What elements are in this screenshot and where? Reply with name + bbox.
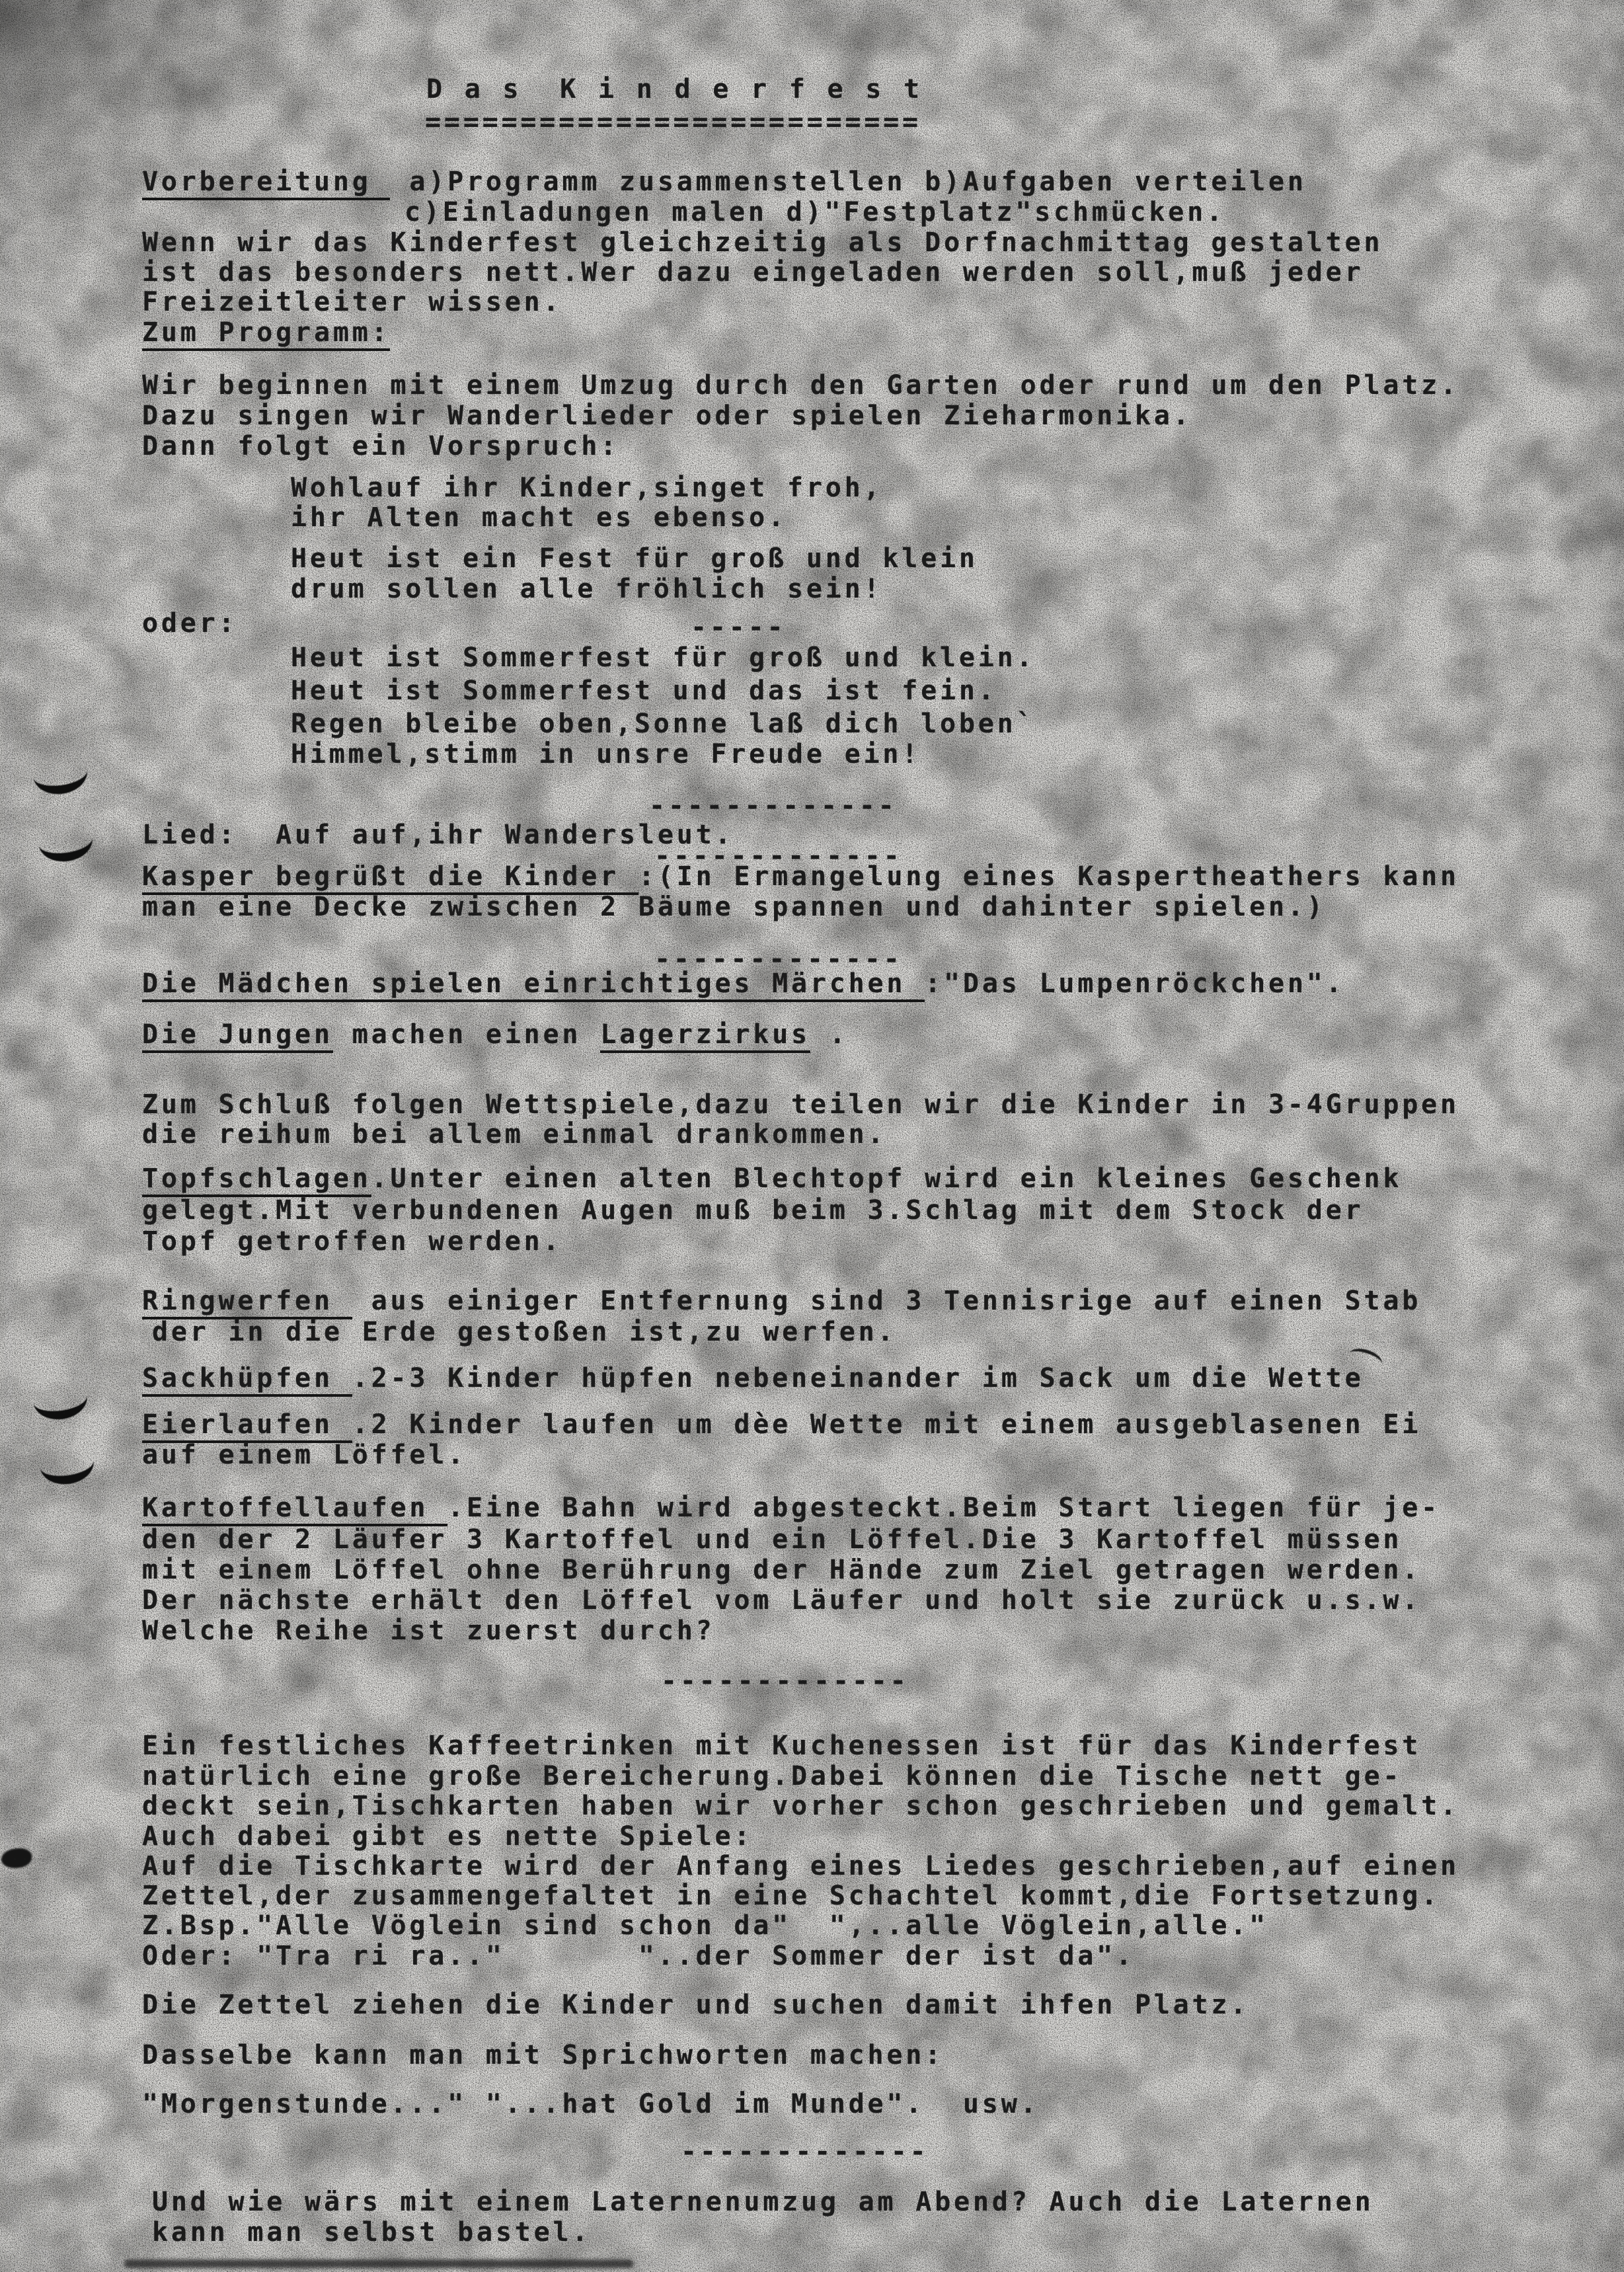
- punch-hole-mark: [36, 818, 95, 865]
- line-text: Zettel,der zusammengefaltet in eine Scha…: [142, 1881, 1440, 1911]
- line-text: -------------: [661, 1666, 909, 1696]
- line-text: den der 2 Läufer 3 Kartoffel und ein Löf…: [142, 1524, 1402, 1555]
- text-line: Der nächste erhält den Löffel vom Läufer…: [142, 1585, 1421, 1616]
- line-text: gelegt.Mit verbundenen Augen muß beim 3.…: [142, 1195, 1364, 1226]
- text-line: Dann folgt ein Vorspruch:: [142, 431, 619, 462]
- text-line: Ein festliches Kaffeetrinken mit Kuchene…: [142, 1731, 1421, 1762]
- text-line: Dasselbe kann man mit Sprichworten mache…: [142, 2040, 944, 2071]
- line-text: kann man selbst bastel.: [152, 2217, 591, 2248]
- punch-hole-mark: [30, 1376, 90, 1423]
- separator-line: -------------: [649, 791, 897, 822]
- text-line: Welche Reihe ist zuerst durch?: [142, 1616, 715, 1647]
- punch-hole-mark: [30, 750, 90, 798]
- text-line: Auch dabei gibt es nette Spiele:: [142, 1821, 753, 1852]
- text-line: Oder: "Tra ri ra.." "..der Sommer der is…: [142, 1941, 1135, 1972]
- text-line: Ringwerfen aus einiger Entfernung sind 3…: [142, 1286, 1421, 1317]
- line-text: Wohlauf ihr Kinder,singet froh,: [291, 473, 882, 503]
- line-text: man eine Decke zwischen 2 Bäume spannen …: [142, 892, 1326, 922]
- line-text: Heut ist Sommerfest für groß und klein.: [291, 643, 1035, 673]
- line-text: Heut ist Sommerfest und das ist fein.: [291, 676, 997, 706]
- underlined-heading: Ringwerfen: [142, 1286, 352, 1319]
- verse-line: Heut ist Sommerfest für groß und klein.: [291, 643, 1035, 674]
- underlined-heading: Zum Programm:: [142, 317, 390, 351]
- line-text: drum sollen alle fröhlich sein!: [291, 574, 882, 604]
- underlined-heading: Lagerzirkus: [600, 1019, 810, 1053]
- line-text: D a s K i n d e r f e s t: [426, 74, 923, 104]
- text-line: Eierlaufen .2 Kinder laufen um dèe Wette…: [142, 1409, 1421, 1440]
- line-text: a)Programm zusammenstellen b)Aufgaben ve…: [390, 167, 1306, 197]
- text-line: Die Zettel ziehen die Kinder und suchen …: [142, 1990, 1249, 2021]
- line-text: machen einen: [333, 1019, 600, 1050]
- text-line: Topfschlagen.Unter einen alten Blechtopf…: [142, 1163, 1402, 1195]
- underlined-heading: Vorbereitung: [142, 167, 390, 200]
- text-line: der in die Erde gestoßen ist,zu werfen.: [152, 1317, 896, 1348]
- line-text: Regen bleibe oben,Sonne laß dich loben`: [291, 709, 1035, 739]
- line-text: Topf getroffen werden.: [142, 1226, 562, 1257]
- text-line: mit einem Löffel ohne Berührung der Händ…: [142, 1555, 1421, 1586]
- scan-bottom-streak: [124, 2259, 633, 2268]
- text-line: Zum Schluß folgen Wettspiele,dazu teilen…: [142, 1089, 1459, 1120]
- verse-line: Heut ist ein Fest für groß und klein: [291, 543, 978, 574]
- text-line: ist das besonders nett.Wer dazu eingelad…: [142, 257, 1364, 288]
- line-text: "Morgenstunde..." "...hat Gold im Munde"…: [142, 2089, 1039, 2119]
- text-line: Lied: Auf auf,ihr Wandersleut.: [142, 820, 734, 851]
- line-text: aus einiger Entfernung sind 3 Tennisrige…: [352, 1286, 1421, 1316]
- text-line: "Morgenstunde..." "...hat Gold im Munde"…: [142, 2089, 1039, 2120]
- text-line: Wir beginnen mit einem Umzug durch den G…: [142, 370, 1459, 401]
- line-text: Wir beginnen mit einem Umzug durch den G…: [142, 370, 1459, 401]
- line-text: Z.Bsp."Alle Vöglein sind schon da" ",..a…: [142, 1910, 1268, 1941]
- text-line: man eine Decke zwischen 2 Bäume spannen …: [142, 892, 1326, 923]
- document-title: D a s K i n d e r f e s t: [426, 74, 923, 105]
- text-line: Wenn wir das Kinderfest gleichzeitig als…: [142, 227, 1383, 258]
- underlined-heading: Sackhüpfen: [142, 1363, 352, 1397]
- text-line: kann man selbst bastel.: [152, 2217, 591, 2248]
- verse-line: Himmel,stimm in unsre Freude ein!: [291, 739, 921, 770]
- text-line: c)Einladungen malen d)"Festplatz"schmück…: [405, 197, 1225, 228]
- line-text: Dann folgt ein Vorspruch:: [142, 431, 619, 461]
- line-text: .: [810, 1019, 849, 1050]
- line-text: Oder: "Tra ri ra.." "..der Sommer der is…: [142, 1941, 1135, 1971]
- text-line: Auf die Tischkarte wird der Anfang eines…: [142, 1851, 1459, 1882]
- line-text: mit einem Löffel ohne Berührung der Händ…: [142, 1555, 1421, 1585]
- line-text: Und wie wärs mit einem Laternenumzug am …: [152, 2187, 1373, 2217]
- line-text: die reihum bei allem einmal drankommen.: [142, 1119, 886, 1150]
- verse-line: drum sollen alle fröhlich sein!: [291, 574, 882, 605]
- line-text: Welche Reihe ist zuerst durch?: [142, 1616, 715, 1646]
- text-line: Kasper begrüßt die Kinder :(In Ermangelu…: [142, 861, 1459, 892]
- text-line: Zettel,der zusammengefaltet in eine Scha…: [142, 1881, 1440, 1912]
- text-line: Sackhüpfen .2-3 Kinder hüpfen nebeneinan…: [142, 1363, 1364, 1394]
- line-text: ihr Alten macht es ebenso.: [291, 502, 787, 533]
- text-line: Freizeitleiter wissen.: [142, 287, 562, 318]
- line-text: Der nächste erhält den Löffel vom Läufer…: [142, 1585, 1421, 1616]
- line-text: Wenn wir das Kinderfest gleichzeitig als…: [142, 227, 1383, 258]
- underlined-heading: Kartoffellaufen: [142, 1493, 447, 1526]
- line-text: Die Zettel ziehen die Kinder und suchen …: [142, 1990, 1249, 2020]
- line-text: -----: [691, 612, 786, 643]
- underlined-heading: Die Mädchen spielen einrichtiges Märchen: [142, 968, 925, 1002]
- section-heading: Zum Programm:: [142, 317, 390, 348]
- text-line: Dazu singen wir Wanderlieder oder spiele…: [142, 401, 1192, 432]
- text-line: oder:: [142, 608, 237, 639]
- text-line: gelegt.Mit verbundenen Augen muß beim 3.…: [142, 1195, 1364, 1226]
- line-text: Dasselbe kann man mit Sprichworten mache…: [142, 2040, 944, 2070]
- line-text: .2-3 Kinder hüpfen nebeneinander im Sack…: [352, 1363, 1364, 1393]
- underlined-heading: Eierlaufen: [142, 1409, 352, 1443]
- line-text: c)Einladungen malen d)"Festplatz"schmück…: [405, 197, 1225, 227]
- text-line: Kartoffellaufen .Eine Bahn wird abgestec…: [142, 1493, 1440, 1524]
- line-text: Freizeitleiter wissen.: [142, 287, 562, 317]
- text-line: deckt sein,Tischkarten haben wir vorher …: [142, 1791, 1459, 1822]
- line-text: der in die Erde gestoßen ist,zu werfen.: [152, 1317, 896, 1347]
- line-text: -------------: [681, 2136, 929, 2167]
- line-text: Heut ist ein Fest für groß und klein: [291, 543, 978, 574]
- text-line: Die Mädchen spielen einrichtiges Märchen…: [142, 968, 1345, 999]
- line-text: ==========================: [425, 107, 921, 137]
- line-text: .2 Kinder laufen um dèe Wette mit einem …: [352, 1409, 1421, 1440]
- text-line: Und wie wärs mit einem Laternenumzug am …: [152, 2187, 1373, 2218]
- separator-line: -------------: [661, 1666, 909, 1697]
- underlined-heading: Topfschlagen: [142, 1163, 371, 1197]
- title-underline: ==========================: [425, 107, 921, 138]
- line-text: Himmel,stimm in unsre Freude ein!: [291, 739, 921, 769]
- line-text: ist das besonders nett.Wer dazu eingelad…: [142, 257, 1364, 288]
- line-text: Zum Schluß folgen Wettspiele,dazu teilen…: [142, 1089, 1459, 1120]
- text-line: Topf getroffen werden.: [142, 1226, 562, 1257]
- line-text: Ein festliches Kaffeetrinken mit Kuchene…: [142, 1731, 1421, 1761]
- line-text: Auch dabei gibt es nette Spiele:: [142, 1821, 753, 1852]
- line-text: deckt sein,Tischkarten haben wir vorher …: [142, 1791, 1459, 1821]
- line-text: :(In Ermangelung eines Kaspertheathers k…: [638, 861, 1459, 892]
- verse-line: Wohlauf ihr Kinder,singet froh,: [291, 473, 882, 504]
- text-line: auf einem Löffel.: [142, 1440, 467, 1471]
- underlined-heading: Kasper begrüßt die Kinder: [142, 861, 638, 895]
- text-line: Z.Bsp."Alle Vöglein sind schon da" ",..a…: [142, 1910, 1268, 1941]
- line-text: .Unter einen alten Blechtopf wird ein kl…: [371, 1163, 1403, 1194]
- punch-hole-mark: [37, 1440, 97, 1488]
- text-line: natürlich eine große Bereicherung.Dabei …: [142, 1761, 1402, 1792]
- text-line: die reihum bei allem einmal drankommen.: [142, 1119, 886, 1150]
- underlined-heading: Die Jungen: [142, 1019, 333, 1053]
- line-text: Auf die Tischkarte wird der Anfang eines…: [142, 1851, 1459, 1881]
- line-text: Lied: Auf auf,ihr Wandersleut.: [142, 820, 734, 850]
- line-text: oder:: [142, 608, 237, 639]
- text-line: Die Jungen machen einen Lagerzirkus .: [142, 1019, 849, 1050]
- separator-line: -------------: [681, 2136, 929, 2168]
- ink-blob: [1, 1848, 32, 1868]
- text-line: den der 2 Läufer 3 Kartoffel und ein Löf…: [142, 1524, 1402, 1555]
- verse-line: Heut ist Sommerfest und das ist fein.: [291, 676, 997, 707]
- line-text: Dazu singen wir Wanderlieder oder spiele…: [142, 401, 1192, 431]
- line-text: natürlich eine große Bereicherung.Dabei …: [142, 1761, 1402, 1791]
- verse-line: Regen bleibe oben,Sonne laß dich loben`: [291, 709, 1035, 740]
- line-text: .Eine Bahn wird abgesteckt.Beim Start li…: [447, 1493, 1440, 1523]
- line-text: auf einem Löffel.: [142, 1440, 467, 1470]
- verse-line: ihr Alten macht es ebenso.: [291, 502, 787, 533]
- text-line: Vorbereitung a)Programm zusammenstellen …: [142, 167, 1307, 198]
- line-text: -------------: [649, 791, 897, 821]
- separator-line: -----: [691, 612, 786, 643]
- line-text: :"Das Lumpenröckchen".: [925, 968, 1344, 999]
- scanned-document-page: D a s K i n d e r f e s t ==============…: [0, 0, 1624, 2272]
- scan-edge-shadow: [1565, 0, 1624, 2272]
